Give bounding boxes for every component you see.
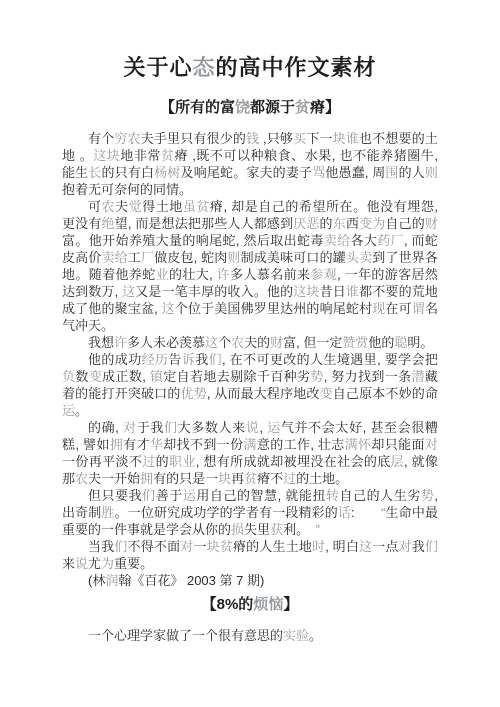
section-heading-rich-from-barren: 【所有的富饶都源于贫瘠】 xyxy=(0,98,500,118)
paragraph: 的确, 对于我们大多数人来说, 运气并不会太好, 甚至会很糟糕, 譬如拥有才华却… xyxy=(62,419,438,487)
paragraph: 他的成功经历告诉我们, 在不可更改的人生境遇里, 要学会把负数变成正数, 镇定自… xyxy=(62,351,438,419)
paragraph: 但只要我们善于运用自己的智慧, 就能扭转自己的人生劣势, 出奇制胜。一位研究成功… xyxy=(62,487,438,538)
page-title: 关于心态的高中作文素材 xyxy=(0,0,500,81)
attribution: (林润翰《百花》 2003 第 7 期) xyxy=(62,572,438,589)
paragraph: 有个穷农夫手里只有很少的钱 ,只够买下一块谁也不想要的土地 。这块地非常贫瘠 ,… xyxy=(62,130,438,198)
section-body: 一个心理学家做了一个很有意思的实验。 xyxy=(62,627,438,644)
paragraph: 一个心理学家做了一个很有意思的实验。 xyxy=(62,627,438,644)
paragraph: 可农夫觉得土地虽贫瘠, 却是自己的希望所在。他没有埋怨, 更没有绝望, 而是想法… xyxy=(62,198,438,334)
section-body: 有个穷农夫手里只有很少的钱 ,只够买下一块谁也不想要的土地 。这块地非常贫瘠 ,… xyxy=(62,130,438,589)
paragraph: 当我们不得不面对一块贫瘠的人生土地时, 明白这一点对我们来说尤为重要。 xyxy=(62,538,438,572)
document-page: 关于心态的高中作文素材 【所有的富饶都源于贫瘠】 有个穷农夫手里只有很少的钱 ,… xyxy=(0,0,500,707)
section-heading-8-percent-worries: 【8%的烦恼】 xyxy=(0,595,500,615)
paragraph: 我想许多人未必羡慕这个农夫的财富, 但一定赞赏他的聪明。 xyxy=(62,334,438,351)
